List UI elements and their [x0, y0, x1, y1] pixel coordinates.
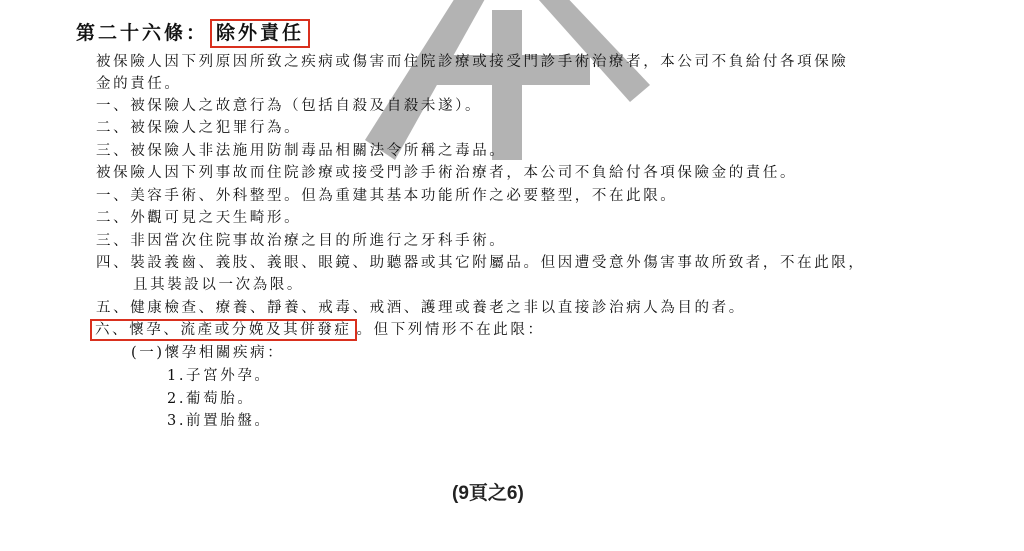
sub-list-item: 1.子宮外孕。	[167, 366, 272, 386]
list-item: 二、外觀可見之天生畸形。	[96, 208, 301, 228]
paragraph-line: 被保險人因下列原因所致之疾病或傷害而住院診療或接受門診手術治療者，本公司不負給付…	[96, 52, 848, 72]
sub-item-heading: (一)懷孕相關疾病：	[131, 343, 284, 363]
article-title-highlight: 除外責任	[210, 19, 310, 48]
item6-highlight: 六、懷孕、流產或分娩及其併發症	[90, 319, 357, 341]
paragraph-line: 被保險人因下列事故而住院診療或接受門診手術治療者，本公司不負給付各項保險金的責任…	[96, 163, 797, 183]
list-item-6: 六、懷孕、流產或分娩及其併發症。但下列情形不在此限：	[96, 320, 545, 340]
article-number: 第二十六條：	[76, 22, 208, 44]
list-item: 一、被保險人之故意行為（包括自殺及自殺未遂）。	[96, 96, 482, 116]
item6-rest: 。但下列情形不在此限：	[357, 322, 545, 338]
sub-list-item: 2.葡萄胎。	[167, 389, 254, 409]
list-item: 四、裝設義齒、義肢、義眼、眼鏡、助聽器或其它附屬品。但因遭受意外傷害事故所致者，…	[96, 253, 866, 273]
list-item: 三、非因當次住院事故治療之目的所進行之牙科手術。	[96, 231, 506, 251]
page-indicator: (9頁之6)	[452, 478, 524, 505]
article-heading: 第二十六條：除外責任	[76, 18, 310, 45]
document-page: 第二十六條：除外責任 被保險人因下列原因所致之疾病或傷害而住院診療或接受門診手術…	[0, 0, 1024, 551]
sub-list-item: 3.前置胎盤。	[167, 411, 272, 431]
list-item: 五、健康檢查、療養、靜養、戒毒、戒酒、護理或養老之非以直接診治病人為目的者。	[96, 298, 746, 318]
sub-item-heading-text: (一)懷孕相關疾病：	[131, 345, 284, 361]
list-item: 三、被保險人非法施用防制毒品相關法令所稱之毒品。	[96, 141, 506, 161]
paragraph-line: 金的責任。	[96, 74, 182, 94]
list-item: 一、美容手術、外科整型。但為重建其基本功能所作之必要整型，不在此限。	[96, 186, 677, 206]
list-item-continuation: 且其裝設以一次為限。	[133, 275, 304, 295]
list-item: 二、被保險人之犯罪行為。	[96, 118, 301, 138]
